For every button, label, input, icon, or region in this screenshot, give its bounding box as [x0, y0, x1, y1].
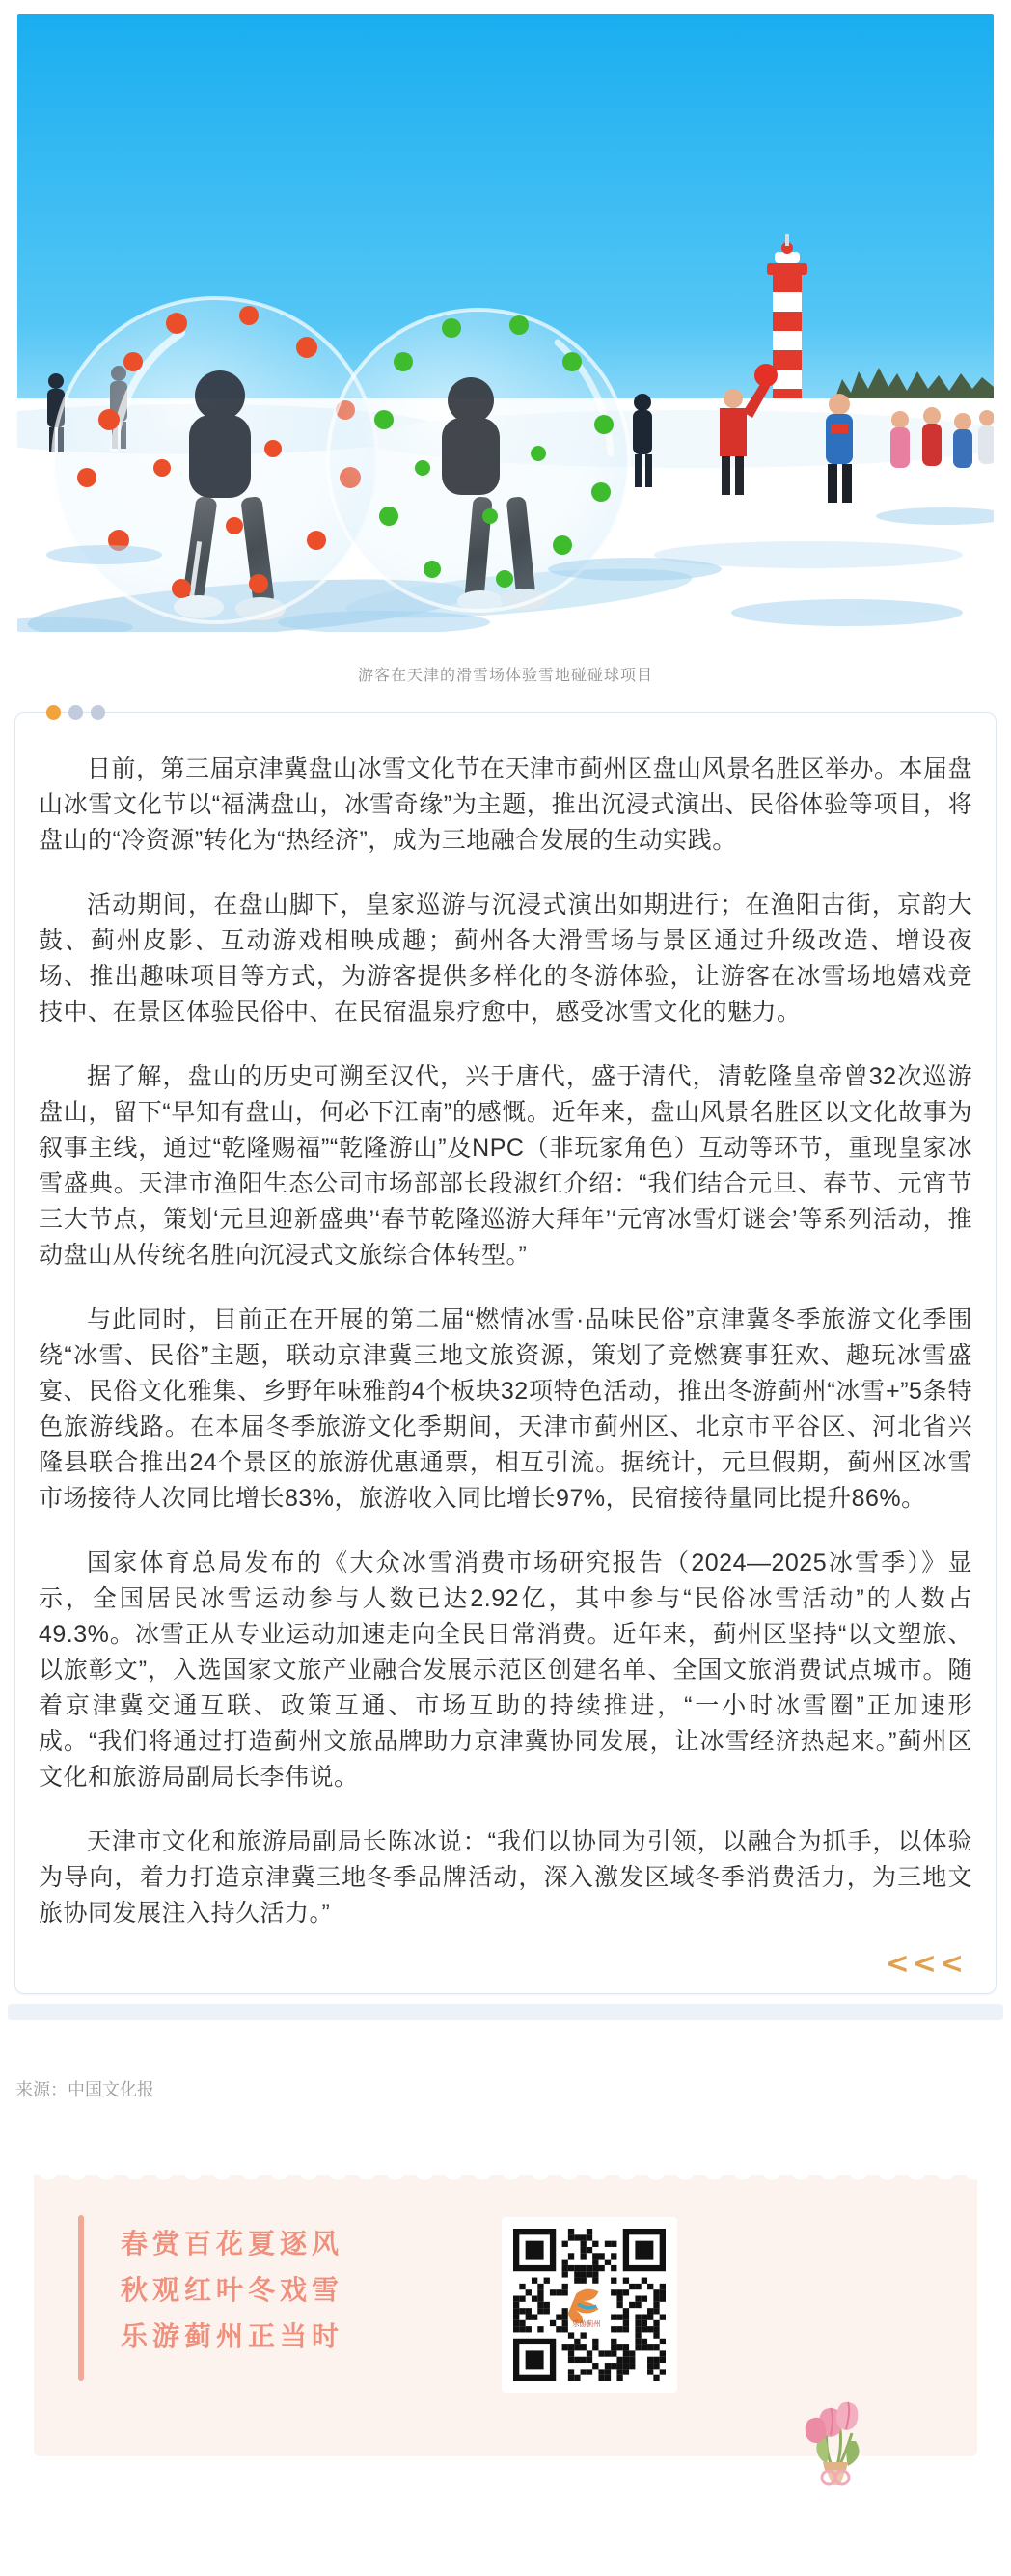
promo-card: 春赏百花夏逐风 秋观红叶冬戏雪 乐游蓟州正当时 乐游蓟州 [34, 2175, 977, 2456]
promo-line: 乐游蓟州正当时 [121, 2314, 343, 2360]
promo-line: 春赏百花夏逐风 [121, 2221, 343, 2267]
tulip-bouquet-icon [798, 2373, 873, 2487]
card-bottom-strip [8, 2004, 1003, 2020]
card-top-dots-icon [46, 705, 105, 720]
article-paragraph: 与此同时，目前正在开展的第二届“燃情冰雪·品味民俗”京津冀冬季旅游文化季围绕“冰… [39, 1302, 972, 1517]
photo-caption: 游客在天津的滑雪场体验雪地碰碰球项目 [0, 663, 1011, 685]
qr-code-icon: 乐游蓟州 [513, 2229, 666, 2381]
hero-photo[interactable] [17, 14, 994, 632]
svg-text:乐游蓟州: 乐游蓟州 [572, 2319, 600, 2328]
qr-code: 乐游蓟州 [502, 2217, 677, 2393]
promo-line: 秋观红叶冬戏雪 [121, 2267, 343, 2314]
dot-orange-icon [46, 705, 61, 720]
article-paragraph: 日前，第三届京津冀盘山冰雪文化节在天津市蓟州区盘山风景名胜区举办。本届盘山冰雪文… [39, 752, 972, 859]
article-paragraph: 据了解，盘山的历史可溯至汉代，兴于唐代，盛于清代，清乾隆皇帝曾32次巡游盘山，留… [39, 1059, 972, 1274]
stamp-perforation-edge [34, 2174, 977, 2187]
article-paragraph: 国家体育总局发布的《大众冰雪消费市场研究报告（2024—2025冰雪季）》显示，… [39, 1546, 972, 1795]
hero-photo-art [17, 14, 994, 632]
dot-gray-icon [68, 705, 83, 720]
article-card: 日前，第三届京津冀盘山冰雪文化节在天津市蓟州区盘山风景名胜区举办。本届盘山冰雪文… [14, 712, 997, 1994]
dot-gray-icon [91, 705, 105, 720]
article-paragraph: 天津市文化和旅游局副局长陈冰说：“我们以协同为引领，以融合为抓手，以体验为导向，… [39, 1824, 972, 1932]
source-line: 来源：中国文化报 [15, 2076, 1011, 2101]
accent-bar [78, 2215, 84, 2381]
article-paragraph: 活动期间，在盘山脚下，皇家巡游与沉浸式演出如期进行；在渔阳古街，京韵大鼓、蓟州皮… [39, 888, 972, 1030]
triple-left-chevrons-icon: <<< [39, 1953, 967, 1976]
promo-slogan: 春赏百花夏逐风 秋观红叶冬戏雪 乐游蓟州正当时 [121, 2221, 343, 2360]
